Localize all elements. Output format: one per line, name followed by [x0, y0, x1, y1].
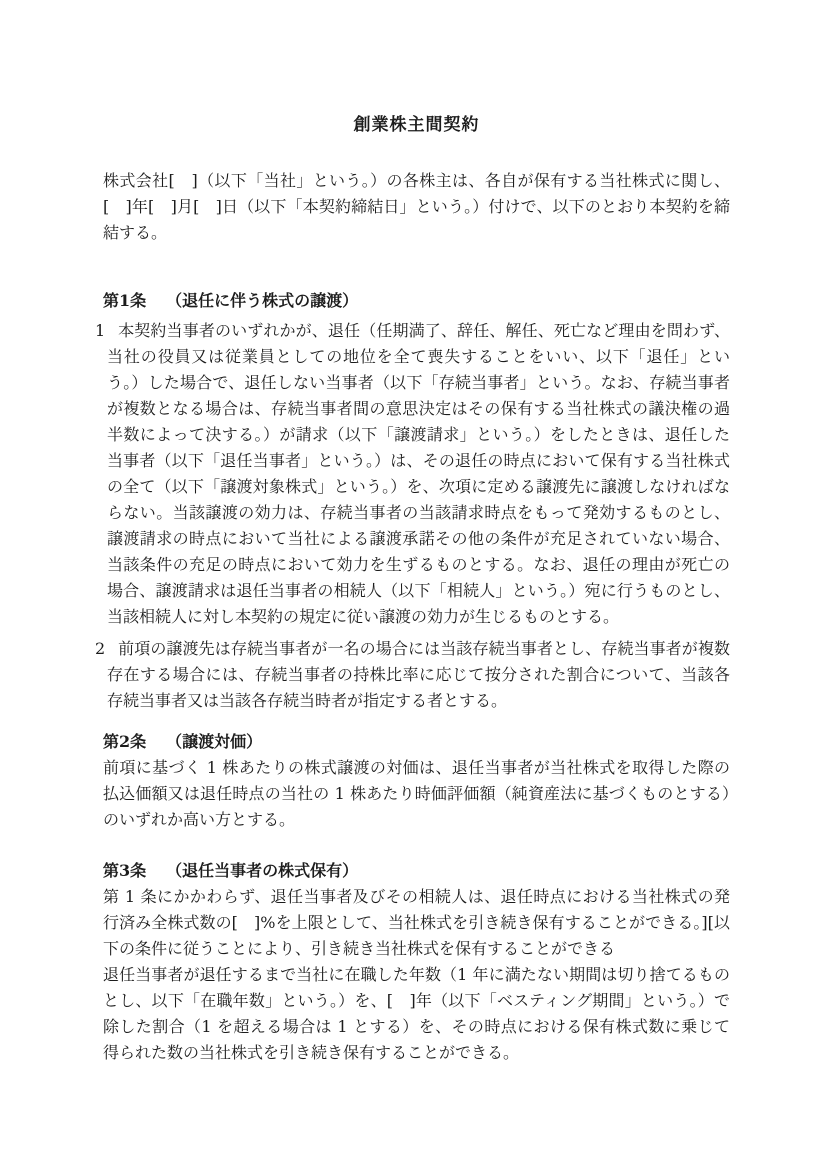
article-3-body-paragraph-1: 第 1 条にかかわらず、退任当事者及びその相続人は、退任時点における当社株式の発…	[103, 884, 730, 962]
article-3-title: （退任当事者の株式保有）	[166, 861, 358, 880]
document-title: 創業株主間契約	[103, 112, 730, 138]
article-1-heading: 第1条（退任に伴う株式の譲渡）	[103, 288, 730, 314]
clause-1-number: 1	[95, 318, 118, 344]
article-3-body-paragraph-2: 退任当事者が退任するまで当社に在職した年数（1 年に満たない期間は切り捨てるもの…	[103, 962, 730, 1066]
article-1-clause-2: 2前項の譲渡先は存続当事者が一名の場合には当該存続当事者とし、存続当事者が複数存…	[107, 636, 730, 714]
article-1-number: 第1条	[103, 288, 146, 314]
article-2-title: （譲渡対価）	[166, 732, 262, 751]
article-2-heading: 第2条（譲渡対価）	[103, 729, 730, 755]
article-1-title: （退任に伴う株式の譲渡）	[166, 291, 358, 310]
article-2-number: 第2条	[103, 729, 146, 755]
clause-2-text: 前項の譲渡先は存続当事者が一名の場合には当該存続当事者とし、存続当事者が複数存在…	[107, 639, 730, 710]
intro-paragraph: 株式会社[ ]（以下「当社」という。）の各株主は、各自が保有する当社株式に関し、…	[103, 168, 730, 246]
article-3-number: 第3条	[103, 858, 146, 884]
clause-2-number: 2	[95, 636, 118, 662]
article-2-body: 前項に基づく 1 株あたりの株式譲渡の対価は、退任当事者が当社株式を取得した際の…	[103, 755, 730, 833]
document-page: 創業株主間契約 株式会社[ ]（以下「当社」という。）の各株主は、各自が保有する…	[0, 0, 819, 1159]
article-3-heading: 第3条（退任当事者の株式保有）	[103, 858, 730, 884]
article-1-clause-1: 1本契約当事者のいずれかが、退任（任期満了、辞任、解任、死亡など理由を問わず、当…	[107, 318, 730, 630]
clause-1-text: 本契約当事者のいずれかが、退任（任期満了、辞任、解任、死亡など理由を問わず、当社…	[107, 321, 730, 626]
